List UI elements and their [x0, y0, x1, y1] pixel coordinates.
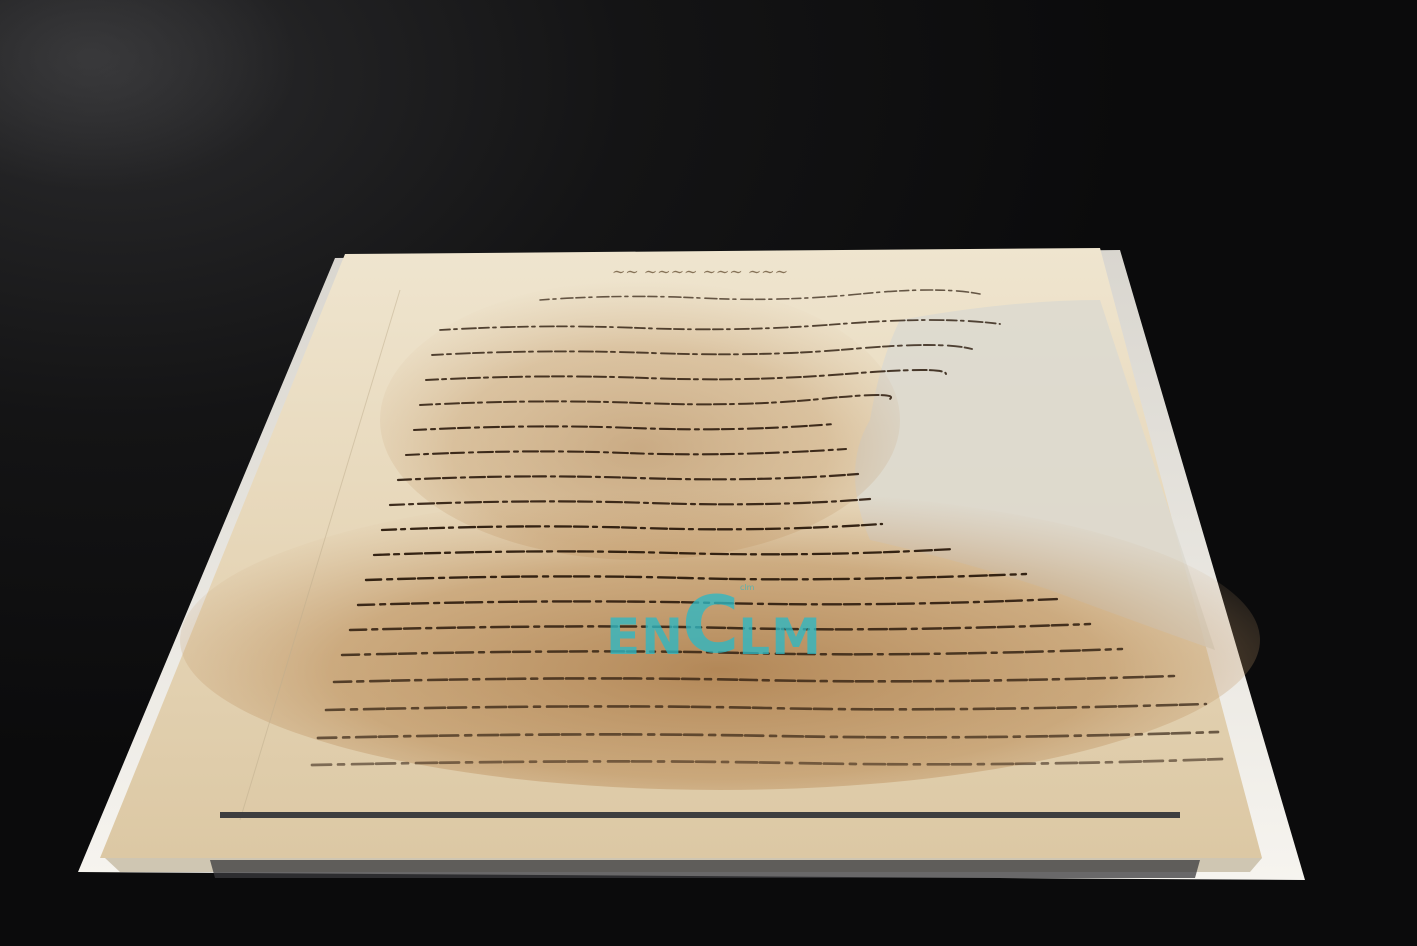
manuscript-illustration — [0, 0, 1417, 946]
watermark-logo: EN C LM — [606, 590, 822, 662]
water-stain-upper — [380, 280, 900, 560]
bottom-binding-strip — [220, 812, 1180, 818]
manuscript-heading: ~~ ~~~~ ~~~ ~~~ — [611, 262, 790, 281]
watermark-text-en: EN — [606, 612, 684, 662]
watermark-text-c: C — [682, 590, 740, 662]
photo-scene: ~~ ~~~~ ~~~ ~~~ clm EN C LM — [0, 0, 1417, 946]
page-stack-shadow — [210, 860, 1200, 878]
watermark-text-lm: LM — [738, 612, 822, 662]
